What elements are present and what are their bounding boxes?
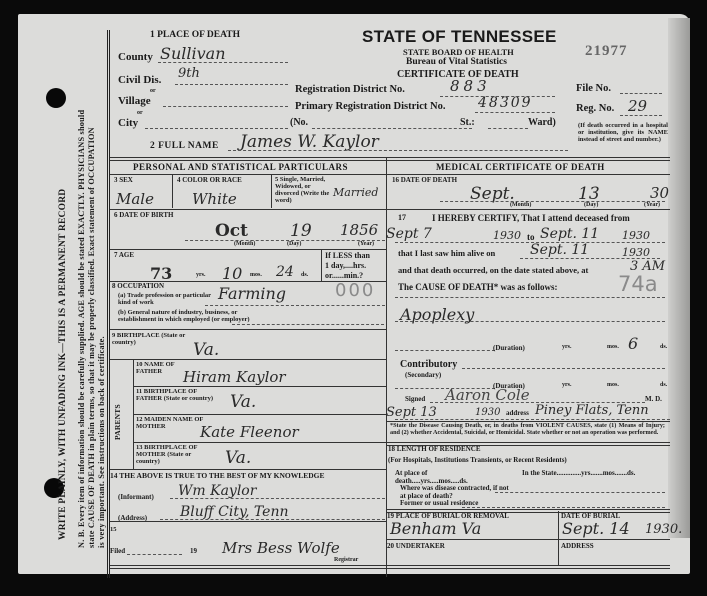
county-value[interactable]: Sullivan (160, 44, 226, 63)
mother-birthplace-value[interactable]: Va. (225, 448, 251, 468)
month-caption: (Month) (234, 241, 255, 247)
section-line (110, 521, 386, 522)
undertaker-label: 20 UNDERTAKER (387, 543, 445, 551)
street-no-label: (No. (290, 117, 308, 128)
section-line (386, 539, 670, 540)
age-label: 7 AGE (114, 252, 134, 260)
duration-mos-label: mos. (607, 344, 619, 350)
section-line (110, 329, 386, 330)
cell-divider (321, 249, 322, 281)
informant-line (170, 498, 385, 499)
margin-instruction-cause: state CAUSE OF DEATH in plain terms, so … (87, 127, 96, 548)
md-label: M. D. (645, 395, 662, 403)
day-caption: (Day) (287, 241, 301, 247)
last-saw-date[interactable]: Sept. 11 (530, 242, 589, 258)
less-line-2: 1 day,....hrs. (325, 261, 370, 271)
punch-hole-top (46, 88, 66, 108)
undertaker-address-label: ADDRESS (561, 543, 594, 551)
section-line (133, 442, 386, 443)
dod-line (440, 201, 665, 202)
occupation-b-label: (b) General nature of industry, business… (118, 309, 258, 323)
bottom-border (110, 565, 670, 569)
date-of-birth-label: 6 DATE OF BIRTH (114, 212, 173, 220)
year-caption: (Year) (644, 202, 660, 208)
medical-heading: MEDICAL CERTIFICATE OF DEATH (436, 162, 605, 172)
signed-date[interactable]: Sept 13 (386, 405, 437, 420)
village-label: Village (118, 95, 151, 107)
attended-from-date[interactable]: Sept 7 (386, 226, 432, 242)
contributory-field[interactable] (462, 368, 665, 369)
section-line (110, 249, 386, 250)
attended-to-year[interactable]: 1930 (622, 229, 650, 242)
city-label: City (118, 117, 138, 129)
filed-label: Filed (110, 547, 125, 555)
mother-maiden-name-value[interactable]: Kate Fleenor (200, 423, 299, 441)
sex-value[interactable]: Male (116, 190, 154, 208)
section-line (110, 359, 386, 360)
less-than-day-label: If LESS than 1 day,....hrs. or......min.… (325, 251, 370, 281)
length-of-residence-label: 18 LENGTH OF RESIDENCE (388, 446, 481, 454)
dob-year[interactable]: 1856 (340, 221, 378, 239)
cell-divider (172, 174, 173, 208)
section-line (133, 414, 386, 415)
ward-label: Ward) (528, 117, 556, 128)
civil-dis-value[interactable]: 9th (178, 66, 200, 81)
burial-place-value[interactable]: Benham Va (390, 519, 481, 538)
filed-date-field[interactable] (127, 554, 182, 555)
physician-address-value[interactable]: Piney Flats, Tenn (535, 403, 649, 418)
section-line (110, 209, 386, 210)
month-caption: (Month) (510, 202, 531, 208)
registrar-label: Registrar (334, 557, 358, 563)
section-line (133, 386, 386, 387)
disease-contracted-label: Where was disease contracted, if not at … (400, 485, 510, 500)
informant-address-line (160, 519, 385, 520)
margin-instruction-permanent: WRITE PLAINLY, WITH UNFADING INK—THIS IS… (58, 189, 68, 540)
frame-left-border (107, 30, 110, 578)
primary-registration-line (475, 112, 555, 113)
birthplace-value[interactable]: Va. (193, 340, 219, 360)
primary-registration-label: Primary Registration District No. (295, 101, 445, 112)
secondary-label: (Secondary) (405, 371, 441, 379)
length-of-residence-sub: (For Hospitals, Institutions Transients,… (388, 457, 567, 465)
file-no-label: File No. (576, 83, 611, 94)
sex-label: 3 SEX (114, 177, 133, 185)
civil-dis-label: Civil Dis. (118, 74, 161, 86)
item-15-number: 15 (110, 526, 117, 533)
registration-district-label: Registration District No. (295, 84, 405, 95)
section-line (110, 174, 670, 175)
year-caption: (Year) (358, 241, 374, 247)
father-birthplace-label: 11 BIRTHPLACE OF FATHER (State or countr… (136, 388, 216, 402)
cause-code: 74a (618, 272, 658, 296)
former-residence-field[interactable] (462, 507, 665, 508)
occupation-b-field[interactable] (232, 324, 384, 325)
or-label: or (150, 88, 156, 94)
informant-address-value[interactable]: Bluff City, Tenn (180, 504, 289, 520)
reg-no-label: Reg. No. (576, 103, 614, 114)
street-field[interactable] (312, 128, 472, 129)
personal-heading: PERSONAL AND STATISTICAL PARTICULARS (133, 162, 348, 172)
duration-yrs-label: yrs. (562, 344, 572, 350)
reg-no-value[interactable]: 29 (628, 97, 647, 115)
margin-instruction-important: is very important. See instructions on b… (97, 336, 106, 548)
duration-yrs-label-2: yrs. (562, 382, 572, 388)
duration-mos-label-2: mos. (607, 382, 619, 388)
duration-label: (Duration) (493, 344, 525, 352)
yrs-label: yrs. (196, 272, 206, 278)
item-17-number: 17 (398, 213, 406, 222)
burial-year[interactable]: 1930. (645, 522, 682, 537)
file-no-field[interactable] (620, 93, 662, 94)
occupation-a-value[interactable]: Farming (218, 284, 286, 303)
ward-field[interactable] (488, 128, 528, 129)
death-occurred-text: and that death occurred, on the date sta… (398, 265, 588, 275)
physician-address-line (395, 419, 670, 420)
hospital-note: (If death occurred in a hospital or inst… (578, 122, 668, 143)
cause-footnote: *State the Disease Causing Death, or, in… (390, 422, 665, 436)
last-saw-text: that I last saw him alive on (398, 248, 495, 258)
true-statement-label: 14 THE ABOVE IS TRUE TO THE BEST OF MY K… (110, 471, 325, 480)
day-caption: (Day) (584, 202, 598, 208)
duration-line (395, 350, 495, 351)
informant-label: (Informant) (118, 493, 154, 501)
race-label: 4 COLOR OR RACE (177, 177, 242, 185)
cause-line (395, 321, 665, 322)
civil-dis-line (175, 84, 288, 85)
attended-to-date[interactable]: Sept. 11 (540, 226, 599, 242)
section-line (110, 469, 386, 470)
occupation-a-label: (a) Trade profession or particular kind … (118, 292, 218, 306)
board-of-health: STATE BOARD OF HEALTH (403, 47, 514, 57)
to-label: to (527, 232, 535, 242)
burial-date-value[interactable]: Sept. 14 (562, 519, 630, 538)
dob-month[interactable]: Oct (215, 221, 248, 241)
dod-year[interactable]: 30 (650, 184, 669, 202)
contributory-label: Contributory (400, 359, 457, 370)
full-name-label: 2 FULL NAME (150, 141, 219, 151)
certify-text: I HEREBY CERTIFY, That I attend deceased… (432, 213, 630, 223)
signed-year[interactable]: 1930 (475, 407, 500, 418)
mother-maiden-name-label: 12 MAIDEN NAME OF MOTHER (136, 416, 206, 430)
marital-status-label: 5 Single, Married, Widowed, or divorced … (275, 176, 335, 204)
race-value[interactable]: White (192, 190, 237, 208)
county-line (158, 62, 288, 63)
informant-value[interactable]: Wm Kaylor (178, 483, 256, 499)
father-birthplace-value[interactable]: Va. (230, 392, 256, 412)
cell-divider (271, 174, 272, 208)
cause-of-death-text: The CAUSE OF DEATH* was as follows: (398, 282, 558, 292)
disease-contracted-field[interactable] (495, 492, 665, 493)
or-label: or (137, 110, 143, 116)
state-title: STATE OF TENNESSEE (362, 27, 557, 47)
signed-label: Signed (405, 395, 425, 403)
occupation-label: 8 OCCUPATION (112, 283, 164, 291)
physician-address-label: address (506, 409, 529, 417)
dob-line (185, 240, 385, 241)
duration-mos-value[interactable]: 6 (628, 334, 638, 353)
attended-from-year[interactable]: 1930 (493, 229, 521, 242)
burial-divider (558, 511, 559, 565)
father-name-value[interactable]: Hiram Kaylor (183, 368, 286, 386)
registration-district-value[interactable]: 883 (450, 77, 491, 95)
page-edge-shadow (668, 18, 690, 538)
st-label: St.: (460, 117, 475, 128)
header-divider (110, 157, 670, 161)
ds-label: ds. (301, 272, 308, 278)
primary-registration-value[interactable]: 48309 (478, 95, 533, 111)
mos-label: mos. (250, 272, 262, 278)
full-name-line (228, 150, 568, 151)
serial-number: 21977 (585, 43, 628, 60)
in-state-field[interactable]: In the State..............yrs.......mos.… (522, 470, 667, 478)
occupation-a-line (205, 305, 385, 306)
bureau-vital-statistics: Bureau of Vital Statistics (406, 57, 507, 67)
reg-no-line (620, 115, 662, 116)
place-of-death-heading: 1 PLACE OF DEATH (150, 30, 240, 40)
city-field[interactable] (145, 128, 288, 129)
date-of-death-label: 16 DATE OF DEATH (392, 177, 457, 185)
section-line (386, 209, 670, 210)
duration-ds-label-2: ds. (660, 382, 667, 388)
cause-line (395, 297, 665, 298)
less-line-1: If LESS than (325, 251, 370, 261)
filed-year-prefix: 19 (190, 547, 197, 555)
birthplace-label: 9 BIRTHPLACE (State or country) (112, 332, 202, 346)
village-field[interactable] (163, 106, 288, 107)
full-name-value[interactable]: James W. Kaylor (240, 132, 379, 152)
age-days[interactable]: 24 (276, 264, 294, 280)
dob-day[interactable]: 19 (290, 221, 312, 241)
parents-label: PARENTS (113, 404, 122, 440)
margin-instruction-nb: N. B. Every item of information should b… (77, 110, 86, 548)
marital-status-value[interactable]: Married (333, 186, 378, 199)
registrar-signature[interactable]: Mrs Bess Wolfe (222, 539, 340, 557)
duration-ds-label: ds. (660, 344, 667, 350)
mother-birthplace-label: 13 BIRTHPLACE OF MOTHER (State or countr… (136, 444, 216, 465)
at-place-of-death-field[interactable]: At place of death.....yrs.....mos.....ds… (395, 470, 500, 485)
occupation-code: 000 (335, 280, 375, 301)
county-label: County (118, 51, 153, 63)
